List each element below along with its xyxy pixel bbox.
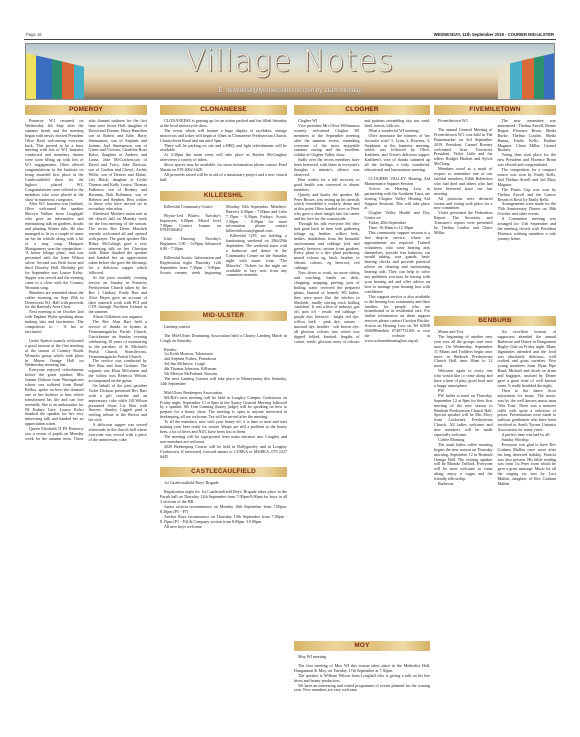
article-paragraph: Killeeshil Community Centre — [160, 205, 221, 210]
article-paragraph: The annual General Meeting of Fivemileto… — [434, 128, 493, 167]
fivemiletown-body: Fivemiletown W.I. The annual General Mee… — [434, 119, 556, 312]
section-heading-pomeroy: POMEROY — [25, 105, 147, 115]
article-paragraph: Then to the dance floor enjoyment for ma… — [498, 389, 557, 433]
article-paragraph: On behalf of the joint parishes Violet D… — [89, 384, 148, 423]
article-paragraph: Barbecue — [434, 482, 493, 487]
article-paragraph: Gertie Spence warmly welcomed a good tur… — [25, 339, 84, 368]
article-paragraph: Violet presented the Federation Report. … — [434, 211, 493, 236]
article-paragraph: Action on Hearing Loss in partnership wi… — [365, 187, 431, 212]
article-paragraph: Killeeshil GFC are holding a fundraising… — [226, 234, 287, 278]
article-paragraph: Registration night for 1st Castlecaulfie… — [160, 490, 287, 505]
article-paragraph: The usual ladies coffee morning begins t… — [434, 443, 493, 482]
article-paragraph: Arrangements were made for the 70th Anni… — [498, 202, 557, 217]
article-paragraph: MUBA's next meeting will be held in Loug… — [160, 396, 287, 421]
article-paragraph: The Points Cup was won by Thelma Atwell … — [498, 188, 557, 203]
article-paragraph: Vice president Mrs Olive Williamson warm… — [294, 124, 360, 158]
article-paragraph: The competition for a compact mirror was… — [498, 168, 557, 188]
article-paragraph: Welcome again to every one who would lik… — [434, 369, 493, 389]
clogher-body: Clogher WI Vice president Mrs Olive Will… — [294, 119, 430, 637]
article-paragraph: Altedesert Mothers union met in the chur… — [89, 212, 148, 276]
article-paragraph: Lambeg contest — [160, 325, 287, 330]
article-paragraph: The Mid-Ulster Drumming Association held… — [160, 334, 287, 344]
page-header: Page 16 WEDNESDAY, 11th September 2019 -… — [24, 30, 556, 40]
article-paragraph: The beginning of another new year sees a… — [434, 335, 493, 369]
article-paragraph: 1st Castlecaulfield Boys' Brigade — [160, 481, 287, 486]
article-paragraph: The new committee was announced : Thelma… — [498, 119, 557, 153]
killeeshil-body: Killeeshil Community Centre Physio-Led P… — [160, 205, 287, 307]
article-paragraph: All proceeds raised will be in aid of a … — [160, 173, 287, 183]
section-heading-moy: MOY — [294, 641, 430, 651]
article-paragraph: Everyone was glad to have Rev Graham Mul… — [498, 443, 557, 487]
village-notes-banner: Village Notes E: newsdesk@tyronecourier.… — [25, 43, 555, 100]
section-heading-fivemiletown: FIVEMILETOWN — [434, 105, 556, 115]
section-heading-castlecaulfield: CASTLECAULFIELD — [160, 467, 287, 477]
article-paragraph: The next Lambeg Contest will take place … — [160, 377, 287, 387]
article-paragraph: Irish Dancing: Tuesday's Beginners 5.00 … — [160, 237, 221, 252]
article-paragraph: Physio-Led Pilates: Tuesday's Improvers … — [160, 214, 221, 234]
article-paragraph: This community support session is a free… — [365, 231, 431, 295]
section-heading-clogher: CLOGHER — [294, 105, 430, 115]
article-paragraph: A delicious supper was served afterwards… — [89, 423, 148, 443]
column-middle-right: CLOGHER Clogher WI Vice president Mrs Ol… — [294, 103, 430, 693]
banner-subtitle: E: newsdesk@tyronecourier.uk.com by 11am… — [26, 88, 554, 94]
article-paragraph: All new boys welcome — [160, 525, 287, 530]
section-heading-killeeshil: KILLEESHIL — [160, 191, 287, 201]
article-paragraph: Members are reminded about the coffee mo… — [25, 291, 84, 311]
article-paragraph: Fivemiletown W.I. — [434, 119, 493, 124]
article-paragraph: Next meeting is on October 2nd with Daph… — [25, 310, 84, 335]
article-paragraph: The Rev Alan Barr held a service of than… — [89, 320, 148, 359]
column-right: FIVEMILETOWN Fivemiletown W.I. The annua… — [434, 103, 556, 660]
column-middle-left: CLONANEESE CLONANEESE is gearing up for … — [160, 103, 287, 530]
benburb-body: Mums and Tots The beginning of another n… — [434, 330, 556, 660]
article-paragraph: After W.I. business was finished, Olive … — [25, 202, 84, 290]
pomeroy-body: Pomeroy W.I returned on Wednesday 4th Se… — [25, 119, 147, 731]
section-heading-benburb: BENBURB — [434, 316, 556, 326]
article-paragraph: An excellent turnout of supporters atten… — [498, 330, 557, 389]
article-paragraph: This support service is also available t… — [365, 295, 431, 344]
article-paragraph: Best wishes for a full recovery to good … — [294, 178, 360, 193]
article-paragraph: To all the members, now with your honey … — [160, 420, 287, 435]
column-pomeroy: POMEROY Pomeroy W.I returned on Wednesda… — [25, 103, 147, 731]
article-paragraph: We have an interesting and varied progra… — [294, 684, 430, 694]
article-paragraph: The event, which will feature a huge dis… — [160, 129, 287, 144]
article-paragraph: The service was conducted by Rev Barr an… — [89, 359, 148, 384]
page-number: Page 16 — [26, 32, 42, 37]
article-paragraph: Through his talk everyone felt they had … — [294, 222, 360, 271]
article-paragraph: PW ladies to meet on Thursday, September… — [434, 394, 493, 438]
article-paragraph: At the joint monthly evening service on … — [89, 276, 148, 315]
section-heading-mid-ulster: MID-ULSTER — [160, 311, 287, 321]
article-paragraph: 2020 Beekeeping Course will be held in B… — [160, 445, 287, 460]
article-paragraph: A Committee meeting was arranged for 11t… — [498, 217, 557, 242]
article-paragraph: Moy WI meeting — [294, 655, 430, 660]
article-paragraph: Voting then took place for the new Presi… — [498, 153, 557, 168]
article-paragraph: Everyone enjoyed refreshments before the… — [25, 368, 84, 427]
article-paragraph: Quietly and busily the speaker Mr Peter … — [294, 193, 360, 222]
article-paragraph: All positions were declared vacant and v… — [434, 197, 493, 212]
article-paragraph: Olive announce the winners of 'my favour… — [365, 134, 431, 173]
dateline: WEDNESDAY, 11th September 2019 - COURIER… — [434, 32, 554, 37]
article-paragraph: Members stood as a mark of respect to re… — [434, 167, 493, 196]
banner-title: Village Notes — [26, 44, 554, 79]
article-paragraph: Pomeroy W.I returned on Wednesday 4th Se… — [25, 119, 84, 202]
section-heading-clonaneese: CLONANEESE — [160, 105, 287, 115]
article-paragraph: Sadly over the recess members have been … — [294, 158, 360, 178]
